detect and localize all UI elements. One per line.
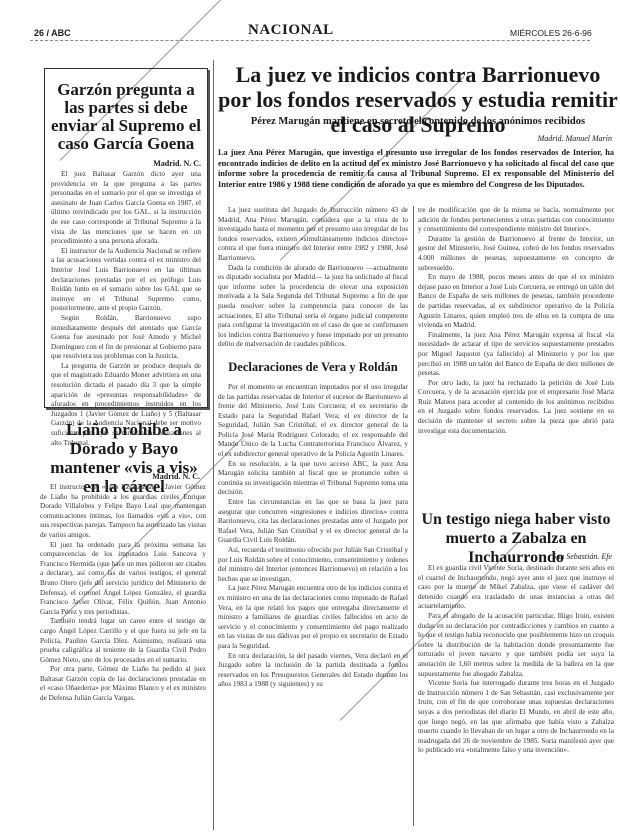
paragraph: También tendrá lugar un careo entre el t… (40, 617, 206, 665)
column-rule (413, 206, 414, 826)
article-liano: Madrid. N. C. El instructor del «caso La… (40, 470, 206, 704)
article-byline: Madrid. N. C. (40, 472, 200, 481)
boxed-article-garzon: Garzón pregunta a las partes si debe env… (44, 68, 208, 408)
article-body: La juez sustituta del Juzgado de Instruc… (218, 206, 408, 350)
paragraph: Así, recuerda el testimonio ofrecido por… (218, 546, 408, 584)
article-byline: San Sebastián. Efe (418, 552, 612, 561)
paragraph: Dada la condición de aforado de Barrionu… (218, 264, 408, 350)
paragraph: En otra declaración, la del pasado viern… (218, 652, 408, 690)
paragraph: Por otro lado, la juez ha rechazado la p… (418, 379, 614, 437)
paragraph: Entre las circunstancias en las que se b… (218, 498, 408, 546)
paragraph: El juez ha ordenado para la próxima sema… (40, 541, 206, 618)
article-body: El juez Baltasar Garzón dictó ayer una p… (51, 170, 201, 448)
header-rule (30, 40, 590, 41)
paragraph: La juez Pérez Marugán encuentra otro de … (218, 584, 408, 651)
article-zabalza: El ex guardia civil Vicente Soria, desti… (418, 564, 614, 756)
main-byline: Madrid. Manuel Marín (480, 134, 612, 143)
paragraph: tre de modificación que de la misma se h… (418, 206, 614, 235)
paragraph: Durante la gestión de Barrionuevo al fre… (418, 235, 614, 273)
paragraph: El instructor del «caso Lasa-Zabala», Ja… (40, 483, 206, 541)
paragraph: Para el abogado de la acusación particul… (418, 612, 614, 679)
article-body: El ex guardia civil Vicente Soria, desti… (418, 564, 614, 756)
paragraph: La juez sustituta del Juzgado de Instruc… (218, 206, 408, 264)
paragraph: El juez Baltasar Garzón dictó ayer una p… (51, 170, 201, 247)
issue-date: MIÉRCOLES 26-6-96 (510, 28, 592, 38)
column-rule (213, 60, 214, 830)
article-body: tre de modificación que de la misma se h… (418, 206, 614, 436)
main-lead: La juez Ana Pérez Marugán, que investiga… (218, 148, 614, 190)
paragraph: En mayo de 1988, pocos meses antes de qu… (418, 273, 614, 331)
article-headline: Garzón pregunta a las partes si debe env… (51, 81, 201, 153)
paragraph: El instructor de la Audiencia Nacional s… (51, 247, 201, 314)
main-column-1: La juez sustituta del Juzgado de Instruc… (218, 206, 408, 690)
paragraph: Según Roldán, Barrionuevo supo inmediata… (51, 314, 201, 362)
paragraph: Por el momento se encuentran imputados p… (218, 383, 408, 460)
article-body: Por el momento se encuentran imputados p… (218, 383, 408, 690)
paragraph: Finalmente, la juez Ana Pérez Marugán ex… (418, 331, 614, 379)
page-number: 26 / ABC (34, 28, 71, 38)
article-byline: Madrid. N. C. (45, 159, 201, 168)
main-subheadline: Pérez Marugán mantiene en secreto el con… (218, 116, 618, 127)
paragraph: Vicente Soria fue interrogado durante tr… (418, 679, 614, 756)
paragraph: Por otra parte, Gómez de Liaño ha pedido… (40, 665, 206, 703)
main-column-2: tre de modificación que de la misma se h… (418, 206, 614, 436)
paragraph: El ex guardia civil Vicente Soria, desti… (418, 564, 614, 612)
paragraph: En su resolución, a la que tuvo acceso A… (218, 460, 408, 498)
section-subhead: Declaraciones de Vera y Roldán (218, 360, 408, 375)
article-body: El instructor del «caso Lasa-Zabala», Ja… (40, 483, 206, 704)
section-title: NACIONAL (248, 22, 334, 39)
